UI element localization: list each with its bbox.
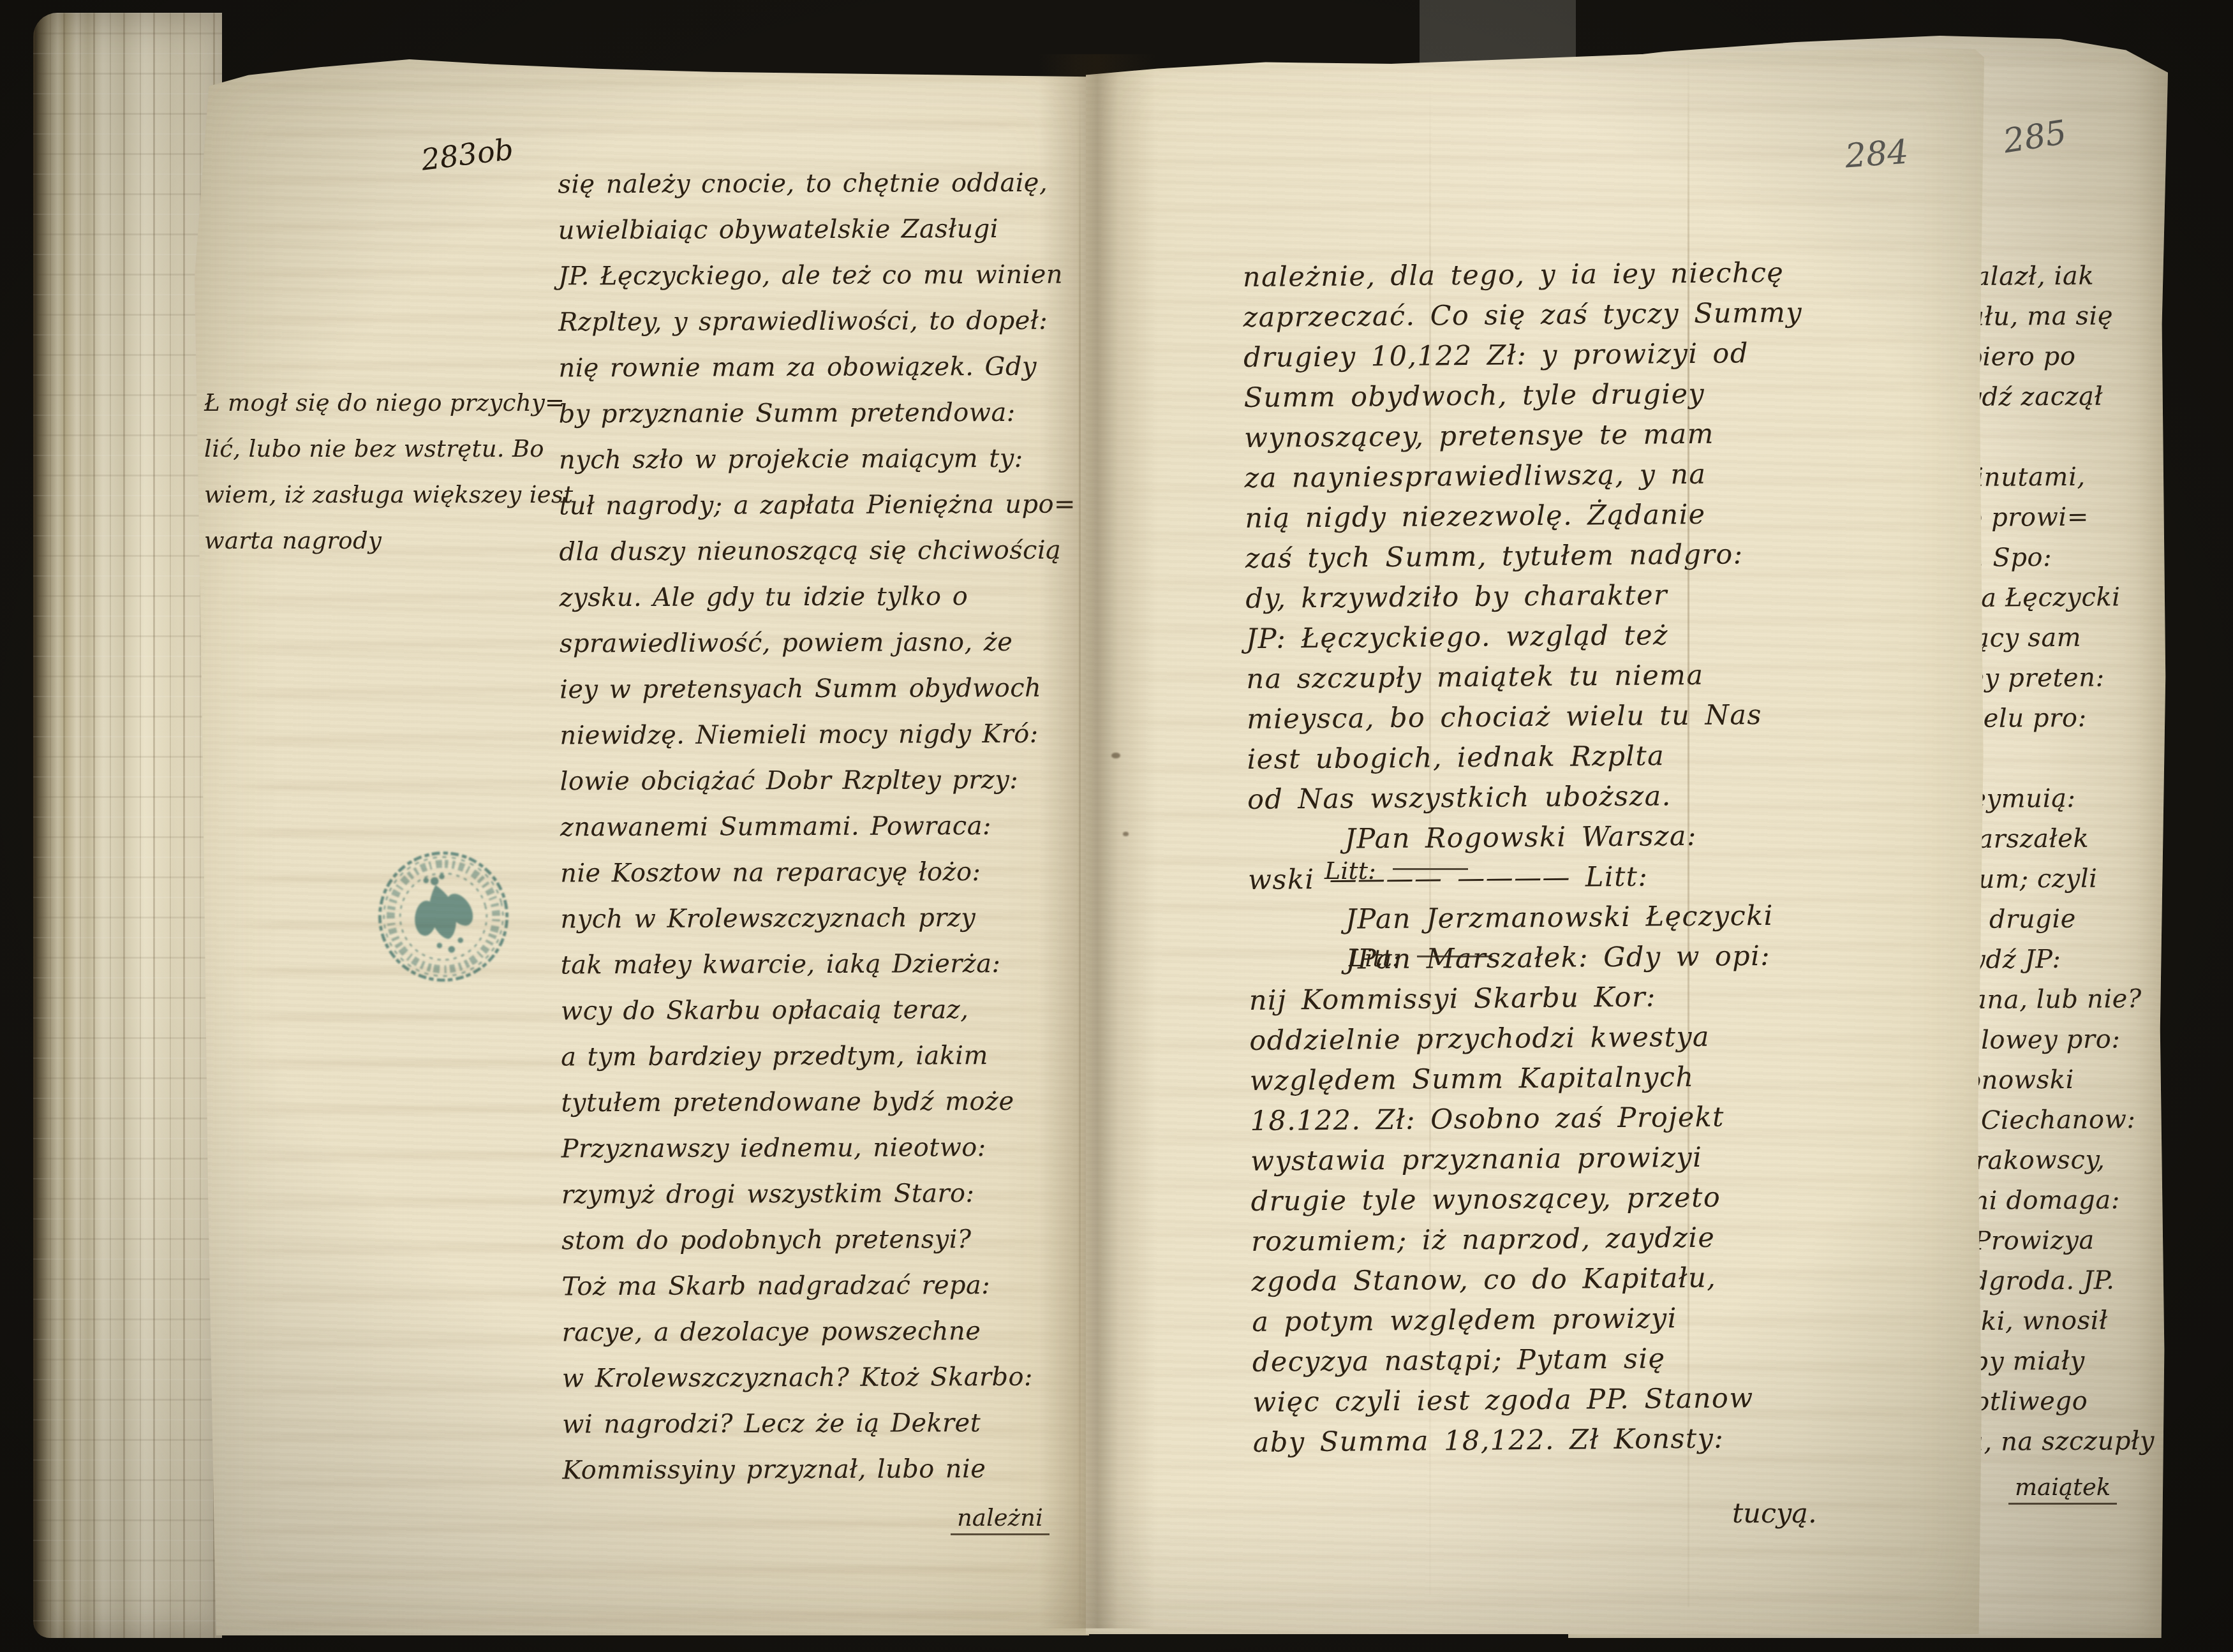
- manuscript-line-fragment: nana, lub nie?: [1954, 984, 2171, 1026]
- manuscript-line-fragment: adgroda. JP.: [1956, 1265, 2173, 1307]
- manuscript-line: dy, krzywdziło by charakter: [1245, 577, 1986, 623]
- manuscript-line-fragment: ney preten:: [1952, 663, 2169, 704]
- manuscript-line-fragment: aby miały: [1957, 1346, 2174, 1387]
- manuscript-line: nie Kosztow na reparacyę łożo:: [560, 857, 1077, 905]
- manuscript-line-fragment: Seymuią:: [1953, 783, 2170, 825]
- ink-blot: [1123, 832, 1129, 836]
- margin-note-line: Ł mogł się do niego przychy=: [204, 389, 574, 435]
- manuscript-line-fragment: ko prowi=: [1951, 502, 2168, 543]
- manuscript-line: niewidzę. Niemieli mocy nigdy Kró:: [560, 719, 1076, 767]
- left-page-text-block: się należy cnocie, to chętnie oddaię,uwi…: [558, 168, 1079, 1502]
- manuscript-line: należnie, dla tego, y ia iey niechcę: [1243, 255, 1984, 302]
- manuscript-line: a tym bardziey przedtym, iakim: [561, 1041, 1078, 1089]
- manuscript-line-fragment: [1953, 743, 2170, 785]
- manuscript-line: zaś tych Summ, tytułem nadgro:: [1245, 536, 1986, 583]
- manuscript-line: JPan Jerzmanowski Łęczycki: [1249, 898, 1989, 945]
- catchword-285: maiątek: [2008, 1473, 2117, 1505]
- manuscript-line: dla duszy nieunoszącą się chciwością: [559, 536, 1076, 584]
- manuscript-line-fragment: inalazł, iak: [1949, 261, 2166, 302]
- manuscript-line-fragment: notliwego: [1957, 1386, 2174, 1427]
- manuscript-line-fragment: tski, wnosił: [1957, 1306, 2174, 1347]
- manuscript-line-fragment: i, Ciechanow:: [1955, 1105, 2172, 1146]
- manuscript-line: lowie obciążać Dobr Rzpltey przy:: [560, 765, 1077, 813]
- catchword-283v: należni: [951, 1504, 1050, 1535]
- manuscript-line-fragment: bydź JP:: [1954, 944, 2171, 985]
- manuscript-line-fragment: mum; czyli: [1954, 864, 2170, 905]
- manuscript-line: Kommissyiny przyznał, lubo nie: [562, 1454, 1079, 1502]
- folio-number-284: 284: [1844, 133, 1910, 176]
- manuscript-line: uwielbiaiąc obywatelskie Zasługi: [558, 214, 1075, 262]
- manuscript-line-fragment: minutami,: [1951, 462, 2168, 503]
- manuscript-line: nię rownie mam za obowiązek. Gdy: [558, 352, 1075, 400]
- manuscript-line-fragment: marszałek: [1954, 823, 2170, 865]
- folio-number-285: 285: [2001, 114, 2069, 161]
- manuscript-line-fragment: tonowski: [1955, 1065, 2172, 1106]
- margin-note-line: wiem, iż zasługa większey iest: [204, 481, 574, 527]
- manuscript-line: aby Summa 18,122. Zł Konsty:: [1253, 1420, 1994, 1467]
- manuscript-line-fragment: opiero po: [1950, 341, 2167, 383]
- manuscript-line: zaprzeczać. Co się zaś tyczy Summy: [1243, 295, 1984, 342]
- manuscript-line: wcy do Skarbu opłacaią teraz,: [561, 995, 1078, 1043]
- manuscript-line: stom do podobnych pretensyi?: [561, 1225, 1078, 1272]
- page-285-text-fragments: inalazł, iakitału, ma sięopiero pobydź z…: [1949, 261, 2174, 1468]
- margin-note: Ł mogł się do niego przychy=lić, lubo ni…: [204, 389, 574, 573]
- manuscript-line: Summ obydwoch, tyle drugiey: [1243, 376, 1984, 422]
- manuscript-book-photo: 285 inalazł, iakitału, ma sięopiero poby…: [0, 0, 2233, 1652]
- manuscript-line: na szczupły maiątek tu niema: [1246, 657, 1987, 704]
- manuscript-line: w Krolewszczyznach? Ktoż Skarbo:: [562, 1362, 1079, 1410]
- manuscript-line: więc czyli iest zgoda PP. Stanow: [1252, 1380, 1993, 1427]
- manuscript-line: tytułem pretendowane bydź może: [561, 1087, 1078, 1135]
- manuscript-line: a potym względem prowizyi: [1252, 1300, 1992, 1346]
- manuscript-line-fragment: talowey pro:: [1955, 1024, 2172, 1066]
- manuscript-line: JP. Łęczyckiego, ale też co mu winien: [558, 260, 1075, 308]
- margin-note-line: warta nagrody: [204, 527, 574, 573]
- manuscript-line: JPan Marszałek: Gdy w opi:: [1249, 938, 1989, 985]
- manuscript-line-fragment: [1950, 422, 2167, 463]
- manuscript-line: tak małey kwarcie, iaką Dzierża:: [561, 949, 1078, 997]
- manuscript-line-fragment: imi domaga:: [1956, 1185, 2173, 1227]
- manuscript-line: wystawia przyznania prowizyi: [1250, 1139, 1991, 1186]
- manuscript-line: JP: Łęczyckiego. wzgląd też: [1246, 617, 1987, 663]
- manuscript-line: znawanemi Summami. Powraca:: [560, 811, 1077, 859]
- manuscript-line-fragment: Krakowscy,: [1955, 1145, 2172, 1186]
- manuscript-line: wski ———— ———— Litt:: [1248, 858, 1989, 904]
- manuscript-line: wynoszącey, pretensye te mam: [1244, 416, 1985, 462]
- manuscript-line-fragment: P. a Łęczycki: [1952, 582, 2169, 624]
- manuscript-line: Toż ma Skarb nadgradzać repa:: [561, 1271, 1078, 1318]
- manuscript-line: zgoda Stanow, co do Kapitału,: [1252, 1260, 1992, 1306]
- manuscript-line: Rzpltey, y sprawiedliwości, to dopeł:: [558, 306, 1075, 354]
- manuscript-line: względem Summ Kapitalnych: [1250, 1059, 1991, 1105]
- manuscript-line: JPan Rogowski Warsza:: [1247, 818, 1988, 864]
- manuscript-line-fragment: słący sam: [1952, 623, 2169, 664]
- manuscript-line: nią nigdy niezezwolę. Żądanie: [1245, 496, 1985, 543]
- margin-note-line: lić, lubo nie bez wstrętu. Bo: [204, 435, 574, 481]
- manuscript-line: mieysca, bo chociaż wielu tu Nas: [1247, 697, 1987, 744]
- manuscript-line: nych w Krolewszczyznach przy: [560, 903, 1077, 951]
- manuscript-line-fragment: wielu pro:: [1952, 703, 2169, 744]
- archive-stamp: [361, 834, 526, 1000]
- manuscript-line: sprawiedliwość, powiem jasno, że: [560, 628, 1076, 675]
- left-page-283v: 283ob Ł mogł się do niego przychy=lić, l…: [195, 56, 1089, 1635]
- manuscript-line: iest ubogich, iednak Rzplta: [1247, 737, 1987, 784]
- manuscript-line: rozumiem; iż naprzod, zaydzie: [1251, 1220, 1992, 1266]
- manuscript-line: oddzielnie przychodzi kwestya: [1249, 1019, 1990, 1065]
- manuscript-line-fragment: ła. Spo:: [1951, 542, 2168, 584]
- manuscript-line: iey w pretensyach Summ obydwoch: [560, 674, 1076, 721]
- paragraph-end-word: tucyą.: [1732, 1498, 1817, 1530]
- manuscript-line: 18.122. Zł: Osobno zaś Projekt: [1250, 1099, 1991, 1146]
- right-page-text-block: należnie, dla tego, y ia iey niechcęzapr…: [1243, 255, 1993, 1467]
- manuscript-line-fragment: itału, ma się: [1950, 301, 2167, 343]
- manuscript-line: nij Kommissyi Skarbu Kor:: [1249, 978, 1990, 1025]
- right-page-284: 284 Litt:Litt: należnie, dla tego, y ia …: [1086, 38, 1984, 1634]
- manuscript-line: Przyznawszy iednemu, nieotwo:: [561, 1133, 1078, 1181]
- manuscript-line: tuł nagrody; a zapłata Pieniężna upo=: [559, 490, 1076, 538]
- manuscript-line: by przyznanie Summ pretendowa:: [559, 398, 1076, 446]
- manuscript-line-fragment: bydź zaczął: [1950, 381, 2167, 423]
- manuscript-line: zysku. Ale gdy tu idzie tylko o: [560, 582, 1076, 630]
- manuscript-line: za nayniesprawiedliwszą, y na: [1245, 456, 1985, 503]
- manuscript-line: wi nagrodzi? Lecz że ią Dekret: [562, 1408, 1079, 1456]
- folio-number-283ob: 283ob: [419, 131, 515, 177]
- ink-blot: [1111, 753, 1120, 758]
- page-fold-crease: [1079, 75, 1081, 1619]
- manuscript-line: rzymyż drogi wszystkim Staro:: [561, 1179, 1078, 1227]
- manuscript-line: drugie tyle wynoszącey, przeto: [1250, 1179, 1991, 1226]
- manuscript-line: się należy cnocie, to chętnie oddaię,: [558, 168, 1074, 216]
- manuscript-line-fragment: : Prowizya: [1956, 1225, 2173, 1267]
- manuscript-line: od Nas wszystkich uboższa.: [1247, 778, 1988, 824]
- manuscript-line-fragment: ta, na szczupły: [1957, 1426, 2174, 1468]
- manuscript-line: nych szło w projekcie maiącym ty:: [559, 444, 1076, 492]
- manuscript-line: drugiey 10,122 Zł: y prowizyi od: [1243, 336, 1984, 382]
- manuscript-line: decyzya nastąpi; Pytam się: [1252, 1340, 1993, 1387]
- manuscript-line-fragment: Zł drugie: [1954, 904, 2170, 945]
- manuscript-line: racye, a dezolacye powszechne: [562, 1316, 1079, 1364]
- book-fore-edge: [33, 13, 222, 1638]
